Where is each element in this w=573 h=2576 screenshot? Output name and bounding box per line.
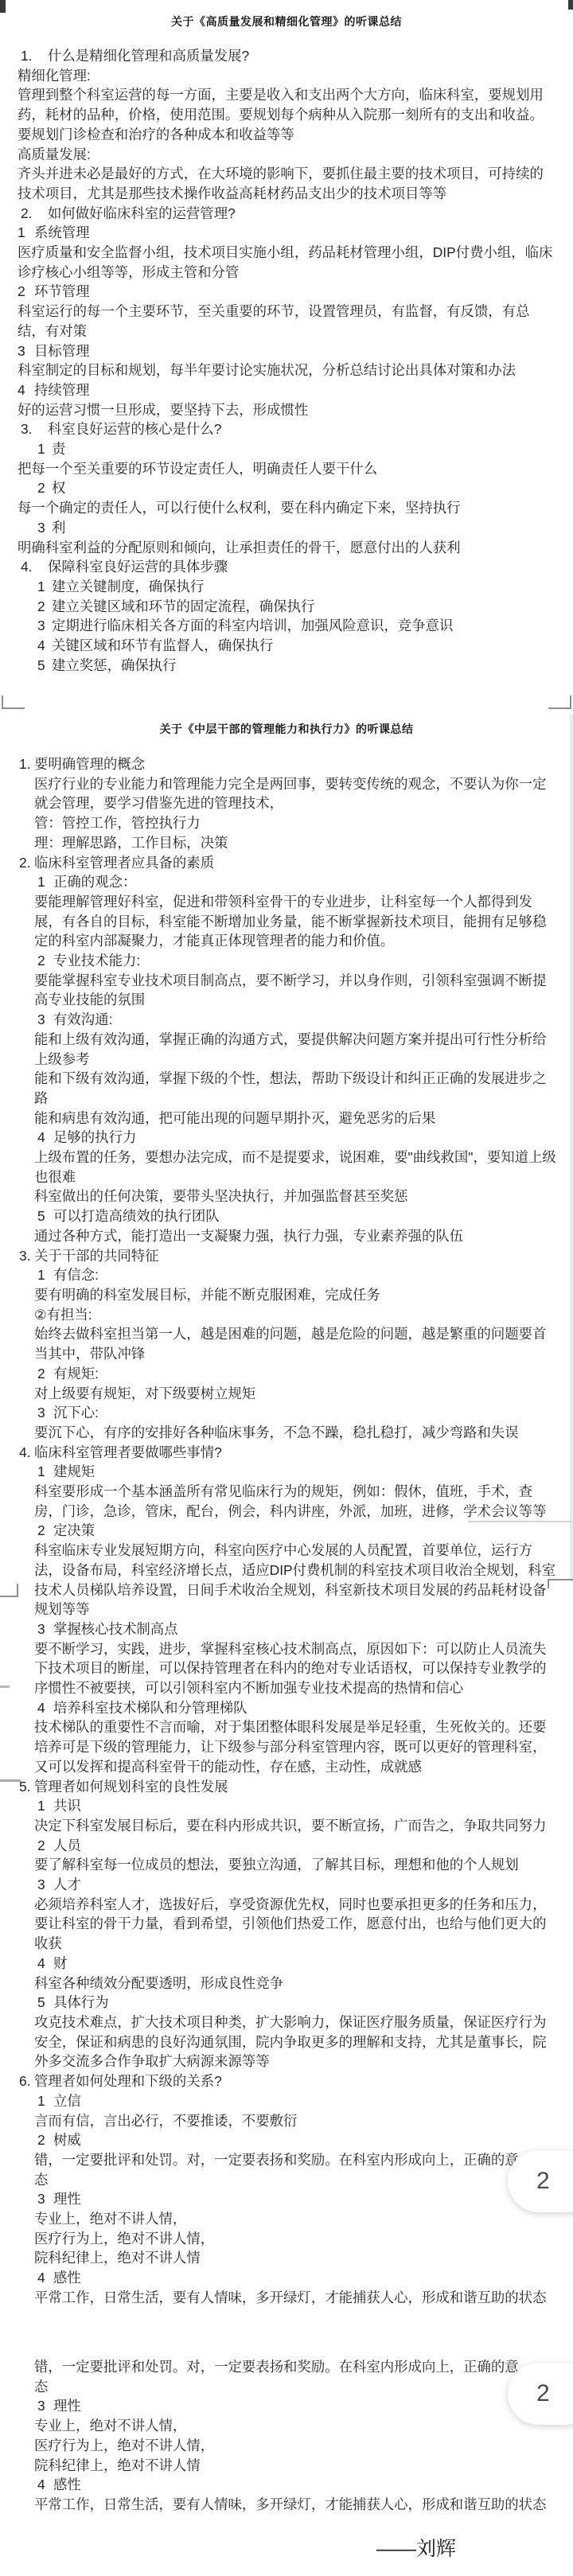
line-text: 持续管理 (34, 382, 90, 398)
paragraph-line: 医疗行为上，绝对不讲人情， (0, 2229, 573, 2249)
list-item: 1.什么是精细化管理和高质量发展? (0, 46, 573, 66)
line-text: 环节管理 (34, 283, 90, 299)
line-text: 感性 (53, 2477, 81, 2492)
list-item: 5.管理者如何规划科室的良性发展 (0, 1777, 573, 1797)
sub-item: 3定期进行临床相关各方面的科室内培训，加强风险意识，竞争意识 (0, 616, 573, 636)
stitch-seam-line (468, 1521, 573, 1522)
screenshot-corner-artifact (0, 0, 6, 13)
page-corner-mark (548, 1579, 573, 1588)
item-number: 5 (37, 656, 52, 676)
item-number: 3 (37, 1619, 53, 1639)
paragraph-line: 通过各种方式，能打造出一支凝聚力强，执行力强，专业素养强的队伍 (0, 1226, 573, 1246)
sub-item: 2有规矩: (0, 1364, 573, 1384)
line-text: 有规矩: (53, 1366, 99, 1382)
paragraph-line: 能和下级有效沟通，掌握下级的个性，想法，帮助下级设计和纠正正确的发展进步之路 (0, 1069, 573, 1108)
sub-item: 4感性 (0, 2475, 573, 2495)
item-number: 4 (37, 1128, 53, 1148)
list-item: 4.保障科室良好运营的具体步骤 (0, 557, 573, 577)
line-text: 明确科室利益的分配原则和倾向，让承担责任的骨干，愿意付出的人获利 (18, 540, 461, 555)
paragraph-line: 明确科室利益的分配原则和倾向，让承担责任的骨干，愿意付出的人获利 (0, 538, 573, 558)
sub-item: 1建规矩 (0, 1462, 573, 1482)
paragraph-line: 始终去做科室担当第一人，越是困难的问题，越是危险的问题，越是繁重的问题要首当其中… (0, 1324, 573, 1363)
sub-item: 1建立关键制度，确保执行 (0, 577, 573, 597)
paragraph-line: 院科纪律上，绝对不讲人情 (0, 2456, 573, 2476)
item-number: 1 (37, 1462, 53, 1482)
line-text: 建规矩 (53, 1463, 95, 1479)
paragraph-line: 科室各种绩效分配要透明，形成良性竞争 (0, 1974, 573, 1993)
sub-item: 3掌握核心技术制高点 (0, 1619, 573, 1639)
line-text: 医疗行为上，绝对不讲人情， (34, 2231, 214, 2247)
item-number: 1. (19, 754, 31, 774)
line-text: 要了解科室每一位成员的想法，要独立沟通，了解其目标，理想和他的个人规划 (34, 1857, 519, 1873)
line-text: 理：理解思路，工作目标，决策 (34, 835, 228, 851)
paragraph-line: 上级布置的任务，要想办法完成，而不是提要求，说困难，要"曲线救国"，要知道上级也… (0, 1148, 573, 1187)
line-text: 科室各种绩效分配要透明，形成良性竞争 (34, 1975, 283, 1991)
line-text: 培养科室技术梯队和分管理梯队 (53, 1700, 247, 1716)
section-2-list: 1.要明确管理的概念医疗行业的专业能力和管理能力完全是两回事，要转变传统的观念，… (0, 754, 573, 2309)
item-number: 2. (21, 204, 33, 224)
line-text: 树威 (53, 2132, 81, 2148)
sub-item: 3人才 (0, 1875, 573, 1895)
paragraph-line: 能和病患有效沟通，把可能出现的问题早期扑灭，避免恶劣的后果 (0, 1109, 573, 1128)
item-number: 2 (37, 478, 52, 498)
line-text: 高质量发展: (18, 146, 91, 162)
sub-item: 4关键区域和环节有监督人，确保执行 (0, 636, 573, 656)
line-text: 态 (34, 2379, 48, 2395)
line-text: 决定下科室发展目标后，要在科内形成共识，要不断宣扬，广而告之，争取共同努力 (34, 1818, 546, 1834)
line-text: 要不断学习，实践，进步，掌握科室核心技术制高点，原因如下：可以防止人员流失下技术… (34, 1641, 546, 1696)
line-text: 临床科室管理者要做哪些事情? (34, 1444, 222, 1460)
item-number: 4 (37, 636, 52, 656)
line-text: 要能理解管理好科室，促进和带领科室骨干的专业进步，让科室每一个人都得到发展，有各… (34, 894, 546, 949)
list-item: 4.临床科室管理者要做哪些事情? (0, 1443, 573, 1463)
line-text: 每一个确定的责任人，可以行使什么权利，要在科内确定下来，坚持执行 (18, 500, 461, 516)
item-number: 1 (37, 2091, 53, 2111)
item-number: 4 (37, 2475, 53, 2495)
item-number: 1. (21, 46, 33, 66)
list-item: 3.科室良好运营的核心是什么? (0, 419, 573, 439)
line-text: 具体行为 (53, 1994, 109, 2010)
line-text: 要能掌握科室专业技术项目制高点，要不断学习，并以身作则，引领科室强调不断提高专业… (34, 972, 546, 1008)
page-corner-mark (0, 1584, 18, 1597)
list-item: 2.如何做好临床科室的运营管理? (0, 204, 573, 224)
item-number: 3 (37, 1403, 53, 1423)
item-number: 1 (37, 439, 52, 459)
sub-item: 2树威 (0, 2130, 573, 2150)
item-number: 4. (19, 1443, 31, 1463)
line-text: 好的运营习惯一旦形成，要坚持下去，形成惯性 (18, 402, 308, 418)
item-number: 1 (37, 872, 53, 892)
line-text: 技术梯队的重要性不言而喻，对于集团整体眼科发展是举足轻重，生死攸关的。还要培养可… (34, 1719, 546, 1774)
line-text: 科室运行的每一个主要环节，至关重要的环节，设置管理员，有监督，有反馈，有总结，有… (18, 303, 529, 339)
item-number: 4 (18, 380, 34, 400)
paragraph-line: 专业上，绝对不讲人情， (0, 2416, 573, 2436)
line-text: 理性 (53, 2191, 81, 2207)
sub-item: 2专业技术能力: (0, 951, 573, 971)
sub-item: 3理性 (0, 2396, 573, 2416)
line-text: 能和上级有效沟通，掌握正确的沟通方式，要提供解决问题方案并提出可行性分析给上级参… (34, 1031, 546, 1067)
line-text: 错，一定要批评和处罚。对，一定要表扬和奖励。在科室内形成向上，正确的意 (34, 2152, 519, 2168)
line-text: 平常工作，日常生活，要有人情味，多开绿灯，才能捕获人心，形成和谐互助的状态 (34, 2290, 546, 2305)
line-text: 管理者如何处理和下级的关系? (34, 2073, 222, 2089)
line-text: 言而有信，言出必行，不要推诿，不要敷衍 (34, 2113, 297, 2129)
sub-item: 1立信 (0, 2091, 573, 2111)
line-text: 立信 (53, 2093, 81, 2109)
item-number: 3 (37, 1010, 53, 1030)
line-text: 科室临床专业发展短期方向，科室向医疗中心发展的人员配置，首要单位，运行方法，设备… (34, 1542, 555, 1617)
line-text: 通过各种方式，能打造出一支凝聚力强，执行力强，专业素养强的队伍 (34, 1228, 463, 1244)
line-text: 感性 (53, 2270, 81, 2286)
line-text: 系统管理 (34, 224, 90, 240)
line-text: 专业上，绝对不讲人情， (34, 2418, 186, 2434)
line-text: 专业上，绝对不讲人情， (34, 2211, 186, 2227)
line-text: 科室做出的任何决策，要带头坚决执行，并加强监督甚至奖惩 (34, 1188, 408, 1204)
line-text: 要沉下心，有序的安排好各种临床事务，不急不躁，稳扎稳打，减少弯路和失误 (34, 1424, 519, 1440)
item-number: 2 (18, 282, 34, 302)
line-text: 管理者如何规划科室的良性发展 (34, 1779, 228, 1795)
paragraph-line: 要沉下心，有序的安排好各种临床事务，不急不躁，稳扎稳打，减少弯路和失误 (0, 1423, 573, 1443)
line-text: 人员 (53, 1837, 81, 1853)
paragraph-line: 能和上级有效沟通，掌握正确的沟通方式，要提供解决问题方案并提出可行性分析给上级参… (0, 1030, 573, 1069)
paragraph-line: 对上级要有规矩，对下级要树立规矩 (0, 1384, 573, 1404)
sub-item: 2定决策 (0, 1521, 573, 1541)
item-number: 2 (37, 597, 52, 617)
paragraph-line: 平常工作，日常生活，要有人情味，多开绿灯，才能捕获人心，形成和谐互助的状态 (0, 2288, 573, 2308)
item-number: 4 (37, 1954, 53, 1974)
sub-item: 1正确的观念： (0, 872, 573, 892)
line-text: 足够的执行力 (53, 1129, 136, 1145)
paragraph-line: 医疗行为上，绝对不讲人情， (0, 2436, 573, 2456)
line-text: 专业技术能力: (53, 953, 140, 968)
paragraph-line: 齐头并进未必是最好的方式，在大环境的影响下，要抓住最主要的技术项目，可持续的技术… (0, 164, 573, 203)
sub-item: 1责 (0, 439, 573, 459)
overlap-repeat-block: 错，一定要批评和处罚。对，一定要表扬和奖励。在科室内形成向上，正确的意态3理性专… (0, 2357, 573, 2515)
paragraph-line: 言而有信，言出必行，不要推诿，不要敷衍 (0, 2111, 573, 2131)
line-text: 正确的观念： (53, 874, 136, 890)
paragraph-line: 科室做出的任何决策，要带头坚决执行，并加强监督甚至奖惩 (0, 1187, 573, 1206)
page-corner-mark (548, 696, 571, 709)
item-number: 3 (37, 2396, 53, 2416)
paragraph-line: 医疗质量和安全监督小组，技术项目实施小组，药品耗材管理小组，DIP付费小组，临床… (0, 243, 573, 282)
paragraph-line: 医疗行业的专业能力和管理能力完全是两回事，要转变传统的观念，不要认为你一定就会管… (0, 774, 573, 813)
sub-item: 3目标管理 (0, 341, 573, 361)
item-number: 1 (37, 1796, 53, 1816)
line-text: 权 (52, 480, 65, 496)
list-item: 6.管理者如何处理和下级的关系? (0, 2071, 573, 2091)
line-text: 可以打造高绩效的执行团队 (53, 1208, 220, 1224)
item-number: 4 (37, 1698, 53, 1718)
item-number: 3 (37, 616, 52, 636)
line-text: 定决策 (53, 1522, 95, 1538)
line-text: 医疗行为上，绝对不讲人情， (34, 2438, 214, 2453)
item-number: 3. (21, 419, 33, 439)
stitch-artifact-dash (0, 1686, 10, 1688)
line-text: 沉下心: (53, 1405, 99, 1421)
line-text: 定期进行临床相关各方面的科室内培训，加强风险意识，竞争意识 (52, 618, 453, 633)
list-item: 2.临床科室管理者应具备的素质 (0, 853, 573, 873)
line-text: 精细化管理: (18, 68, 91, 84)
item-number: 3 (18, 341, 34, 361)
sub-item: 2权 (0, 478, 573, 498)
line-text: 目标管理 (34, 343, 90, 359)
paragraph-line: 决定下科室发展目标后，要在科内形成共识，要不断宣扬，广而告之，争取共同努力 (0, 1816, 573, 1836)
paragraph-line: 管：管控工作，管控执行力 (0, 813, 573, 833)
paragraph-line: 态 (0, 2170, 573, 2190)
sub-item: 4感性 (0, 2268, 573, 2288)
line-text: 态 (34, 2172, 48, 2188)
item-number: 2. (19, 853, 31, 873)
line-text: 必须培养科室人才，选拔好后，享受资源优先权，同时也要承担更多的任务和压力，要让科… (34, 1896, 546, 1951)
page-number-badge: 2 (508, 2150, 573, 2212)
item-number: 3. (19, 1246, 31, 1266)
sub-item: 4培养科室技术梯队和分管理梯队 (0, 1698, 573, 1718)
item-number: 1 (37, 1265, 53, 1285)
line-text: 把每一个至关重要的环节设定责任人，明确责任人要干什么 (18, 461, 377, 477)
line-text: 有信念: (53, 1267, 99, 1283)
document-title-1: 关于《高质量发展和精细化管理》的听课总结 (0, 0, 573, 33)
line-text: 上级布置的任务，要想办法完成，而不是提要求，说困难，要"曲线救国"，要知道上级也… (34, 1149, 556, 1185)
sub-item: 3有效沟通: (0, 1010, 573, 1030)
line-text: 科室良好运营的核心是什么? (48, 421, 221, 437)
paragraph-line: 把每一个至关重要的环节设定责任人，明确责任人要干什么 (0, 459, 573, 479)
item-number: 5 (37, 1993, 53, 2013)
paragraph-line: 科室制定的目标和规划，每半年要讨论实施状况，分析总结讨论出具体对策和办法 (0, 360, 573, 380)
line-text: 科室制定的目标和规划，每半年要讨论实施状况，分析总结讨论出具体对策和办法 (18, 362, 516, 378)
line-text: 掌握核心技术制高点 (53, 1621, 178, 1637)
paragraph-line: 技术梯队的重要性不言而喻，对于集团整体眼科发展是举足轻重，生死攸关的。还要培养可… (0, 1717, 573, 1776)
page-corner-mark (2, 696, 25, 709)
page-number-text: 2 (536, 2380, 550, 2407)
line-text: 要有明确的科室发展目标，并能不断克服困难，完成任务 (34, 1287, 380, 1303)
paragraph-line: 必须培养科室人才，选拔好后，享受资源优先权，同时也要承担更多的任务和压力，要让科… (0, 1895, 573, 1954)
line-text: 如何做好临床科室的运营管理? (48, 205, 236, 221)
line-text: 医疗行业的专业能力和管理能力完全是两回事，要转变传统的观念，不要认为你一定就会管… (34, 776, 546, 812)
sub-item: 2人员 (0, 1836, 573, 1856)
paragraph-line: 要了解科室每一位成员的想法，要独立沟通，了解其目标，理想和他的个人规划 (0, 1855, 573, 1875)
line-text: ②有担当: (34, 1307, 92, 1323)
item-number: 2 (37, 1364, 53, 1384)
line-text: 科室要形成一个基本涵盖所有常见临床行为的规矩，例如：假休，值班，手术，查房，门诊… (34, 1483, 546, 1519)
paragraph-line: 每一个确定的责任人，可以行使什么权利，要在科内确定下来，坚持执行 (0, 498, 573, 518)
sub-item: 5可以打造高绩效的执行团队 (0, 1206, 573, 1226)
sub-item: 2建立关键区域和环节的固定流程，确保执行 (0, 597, 573, 617)
paragraph-line: 错，一定要批评和处罚。对，一定要表扬和奖励。在科室内形成向上，正确的意 (0, 2357, 573, 2377)
line-text: 错，一定要批评和处罚。对，一定要表扬和奖励。在科室内形成向上，正确的意 (34, 2359, 519, 2375)
line-text: 始终去做科室担当第一人，越是困难的问题，越是危险的问题，越是繁重的问题要首当其中… (34, 1326, 546, 1362)
page-number-badge: 2 (508, 2363, 573, 2425)
sub-item: 5具体行为 (0, 1993, 573, 2013)
paragraph-line: 攻克技术难点，扩大技术项目种类，扩大影响力，保证医疗服务质量，保证医疗行为安全，… (0, 2013, 573, 2071)
line-text: 建立奖惩，确保执行 (52, 657, 177, 673)
line-text: 对上级要有规矩，对下级要树立规矩 (34, 1385, 255, 1401)
sub-item: 3利 (0, 518, 573, 538)
item-number: 3 (37, 2189, 53, 2209)
document-title-2: 关于《中层干部的管理能力和执行力》的听课总结 (0, 717, 573, 741)
line-text: 管理到整个科室运营的每一方面，主要是收入和支出两个大方向，临床科室，要规划用药，… (18, 87, 544, 142)
paragraph-line: 好的运营习惯一旦形成，要坚持下去，形成惯性 (0, 400, 573, 420)
sub-item: 4财 (0, 1954, 573, 1974)
item-number: 1 (18, 223, 34, 243)
sub-item: 4足够的执行力 (0, 1128, 573, 1148)
line-text: 关键区域和环节有监督人，确保执行 (52, 637, 273, 653)
line-text: 攻克技术难点，扩大技术项目种类，扩大影响力，保证医疗服务质量，保证医疗行为安全，… (34, 2014, 546, 2069)
line-text: 能和病患有效沟通，把可能出现的问题早期扑灭，避免恶劣的后果 (34, 1110, 435, 1126)
sub-item: 3沉下心: (0, 1403, 573, 1423)
paragraph-line: 高质量发展: (0, 145, 573, 165)
item-number: 3 (37, 518, 52, 538)
sub-item: 1有信念: (0, 1265, 573, 1285)
line-text: 临床科室管理者应具备的素质 (34, 855, 214, 871)
line-text: 院科纪律上，绝对不讲人情 (34, 2457, 201, 2473)
paragraph-line: 科室要形成一个基本涵盖所有常见临床行为的规矩，例如：假休，值班，手术，查房，门诊… (0, 1482, 573, 1521)
paragraph-line: 要能理解管理好科室，促进和带领科室骨干的专业进步，让科室每一个人都得到发展，有各… (0, 892, 573, 951)
sub-item: 2环节管理 (0, 282, 573, 302)
line-text: 院科纪律上，绝对不讲人情 (34, 2250, 201, 2266)
paragraph-line: 平常工作，日常生活，要有人情味，多开绿灯，才能捕获人心，形成和谐互助的状态 (0, 2495, 573, 2515)
paragraph-line: 态 (0, 2377, 573, 2397)
paragraph-line: 错，一定要批评和处罚。对，一定要表扬和奖励。在科室内形成向上，正确的意 (0, 2150, 573, 2170)
paragraph-line: 精细化管理: (0, 66, 573, 86)
sub-item: 4持续管理 (0, 380, 573, 400)
line-text: 理性 (53, 2398, 81, 2414)
line-text: 利 (52, 520, 65, 536)
line-text: 责 (52, 441, 65, 457)
item-number: 2 (37, 1521, 53, 1541)
sub-item: 1系统管理 (0, 223, 573, 243)
paragraph-line: 要不断学习，实践，进步，掌握科室核心技术制高点，原因如下：可以防止人员流失下技术… (0, 1639, 573, 1698)
paragraph-line: 理：理解思路，工作目标，决策 (0, 833, 573, 853)
item-number: 2 (37, 2130, 53, 2150)
line-text: 齐头并进未必是最好的方式，在大环境的影响下，要抓住最主要的技术项目，可持续的技术… (18, 166, 544, 201)
item-number: 5 (37, 1206, 53, 1226)
section-1-list: 1.什么是精细化管理和高质量发展?精细化管理:管理到整个科室运营的每一方面，主要… (0, 46, 573, 677)
document-page: 关于《高质量发展和精细化管理》的听课总结 1.什么是精细化管理和高质量发展?精细… (0, 0, 573, 2576)
line-text: 医疗质量和安全监督小组，技术项目实施小组，药品耗材管理小组，DIP付费小组，临床… (18, 244, 552, 280)
line-text: 建立关键区域和环节的固定流程，确保执行 (52, 598, 314, 614)
line-text: 能和下级有效沟通，掌握下级的个性，想法，帮助下级设计和纠正正确的发展进步之路 (34, 1070, 546, 1106)
line-text: 平常工作，日常生活，要有人情味，多开绿灯，才能捕获人心，形成和谐互助的状态 (34, 2496, 546, 2512)
list-item: 1.要明确管理的概念 (0, 754, 573, 774)
line-text: 什么是精细化管理和高质量发展? (48, 48, 249, 64)
item-number: 6. (19, 2071, 31, 2091)
line-text: 财 (53, 1955, 67, 1971)
paragraph-line: 科室运行的每一个主要环节，至关重要的环节，设置管理员，有监督，有反馈，有总结，有… (0, 302, 573, 341)
page-number-text: 2 (536, 2168, 550, 2195)
item-number: 4. (21, 557, 33, 577)
line-text: 保障科室良好运营的具体步骤 (48, 559, 228, 575)
item-number: 1 (37, 577, 52, 597)
paragraph-line: 要能掌握科室专业技术项目制高点，要不断学习，并以身作则，引领科室强调不断提高专业… (0, 971, 573, 1010)
paragraph-line: 专业上，绝对不讲人情， (0, 2209, 573, 2229)
paragraph-line: 院科纪律上，绝对不讲人情 (0, 2248, 573, 2268)
item-number: 5. (19, 1777, 31, 1797)
line-text: 建立关键制度，确保执行 (52, 579, 204, 594)
line-text: 共识 (53, 1798, 81, 1814)
sub-item: 1共识 (0, 1796, 573, 1816)
paragraph-line: ②有担当: (0, 1305, 573, 1325)
item-number: 2 (37, 1836, 53, 1856)
screenshot-corner-artifact (568, 0, 573, 10)
paragraph-line: 科室临床专业发展短期方向，科室向医疗中心发展的人员配置，首要单位，运行方法，设备… (0, 1541, 573, 1619)
item-number: 2 (37, 951, 53, 971)
list-item: 3.关于干部的共同特征 (0, 1246, 573, 1266)
line-text: 人才 (53, 1876, 81, 1892)
sub-item: 5建立奖惩，确保执行 (0, 656, 573, 676)
stitch-artifact-dash (0, 1779, 21, 1782)
page-edge-shadow (570, 715, 573, 1582)
line-text: 管：管控工作，管控执行力 (34, 815, 201, 831)
signature: ——刘辉 (0, 2537, 573, 2561)
paragraph-line: 要有明确的科室发展目标，并能不断克服困难，完成任务 (0, 1285, 573, 1305)
paragraph-line: 管理到整个科室运营的每一方面，主要是收入和支出两个大方向，临床科室，要规划用药，… (0, 85, 573, 144)
line-text: 要明确管理的概念 (34, 756, 145, 772)
item-number: 3 (37, 1875, 53, 1895)
item-number: 4 (37, 2268, 53, 2288)
line-text: 有效沟通: (53, 1011, 112, 1027)
line-text: 关于干部的共同特征 (34, 1248, 159, 1264)
sub-item: 3理性 (0, 2189, 573, 2209)
